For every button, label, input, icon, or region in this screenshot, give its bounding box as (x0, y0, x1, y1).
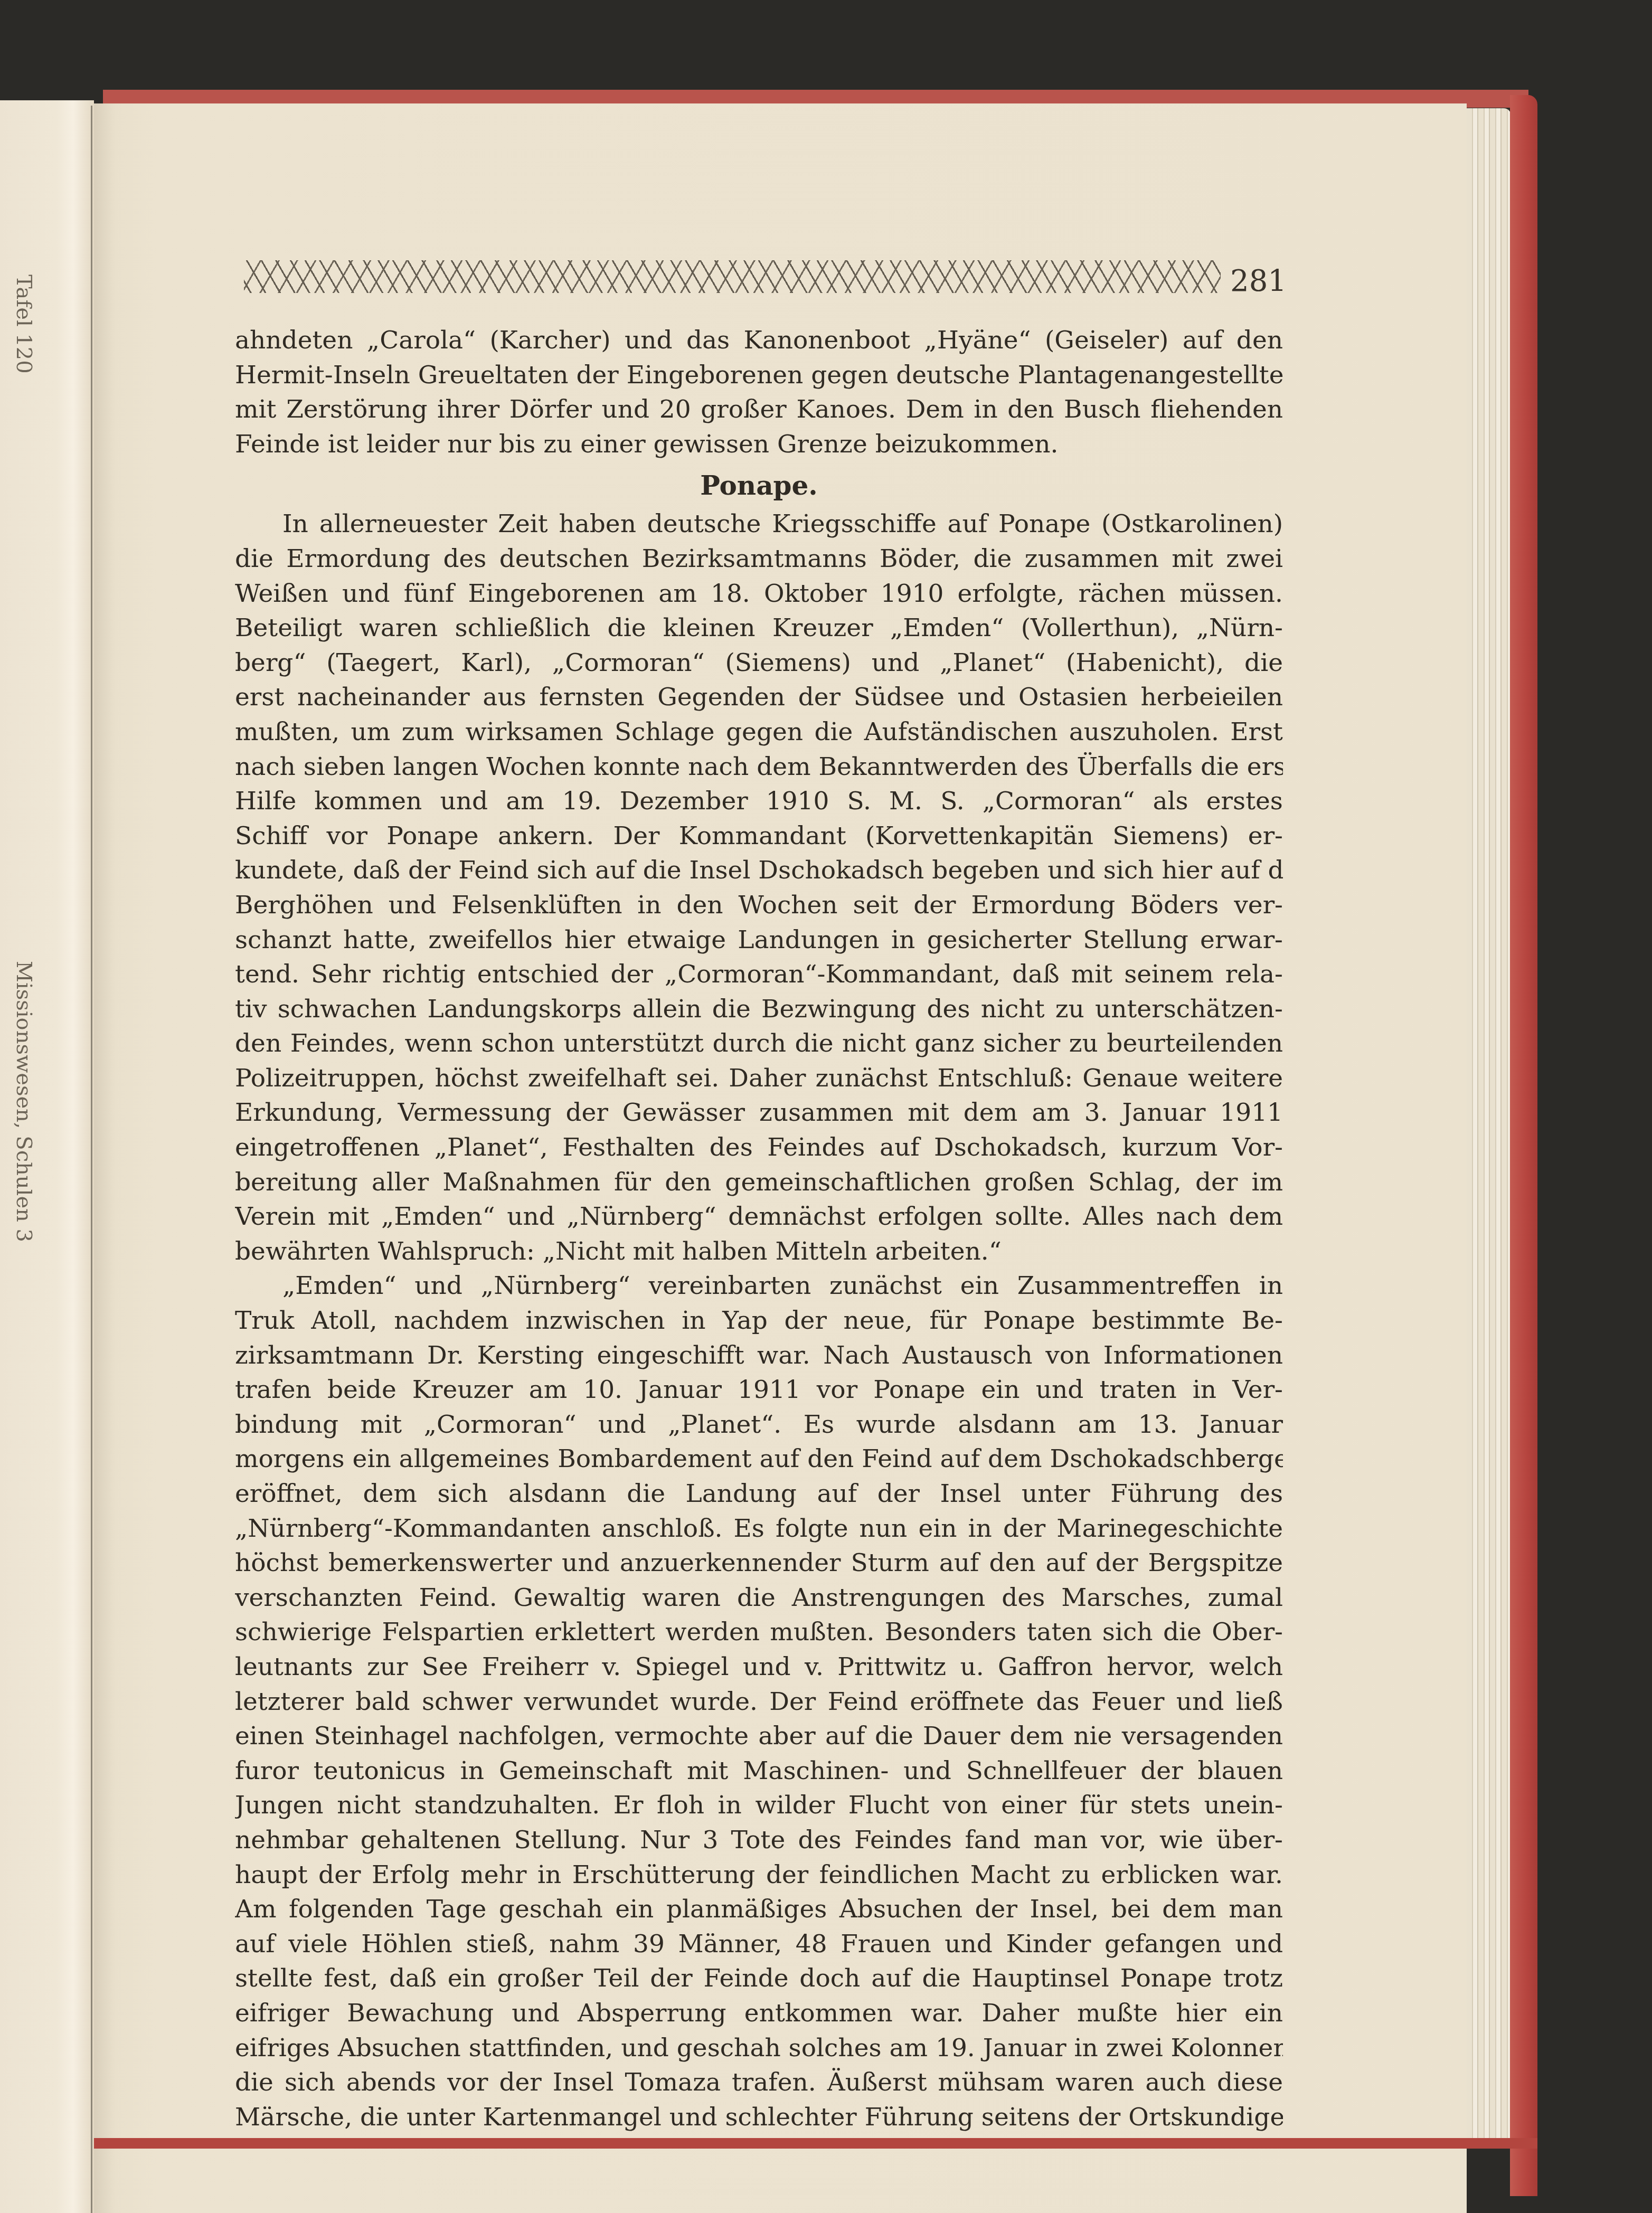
section-label: Missionswesen, Schulen 3 (12, 961, 36, 1242)
text-line: kundete, daß der Feind sich auf die Inse… (235, 853, 1283, 888)
section-heading: Ponape. (235, 465, 1283, 507)
text-line: Verein mit „Emden“ und „Nürnberg“ demnäc… (235, 1199, 1283, 1234)
text-line: Truk Atoll, nachdem inzwischen in Yap de… (235, 1303, 1283, 1338)
body-text: ahndeten „Carola“ (Karcher) und das Kano… (235, 323, 1283, 2134)
cloth-binding-bottom (94, 2138, 1537, 2149)
page-gutter (91, 106, 92, 2213)
text-line: „Nürnberg“-Kommandanten anschloß. Es fol… (235, 1511, 1283, 1546)
text-line: den Feindes, wenn schon unterstützt durc… (235, 1026, 1283, 1061)
ornament-header-band (244, 260, 1221, 293)
text-line: auf viele Höhlen stieß, nahm 39 Männer, … (235, 1927, 1283, 1962)
text-line: Schiff vor Ponape ankern. Der Kommandant… (235, 819, 1283, 854)
text-line: Berghöhen und Felsenklüften in den Woche… (235, 888, 1283, 923)
text-line: erst nacheinander aus fernsten Gegenden … (235, 680, 1283, 715)
text-line: Am folgenden Tage geschah ein planmäßige… (235, 1892, 1283, 1927)
text-line: mit Zerstörung ihrer Dörfer und 20 große… (235, 392, 1283, 427)
text-line: In allerneuester Zeit haben deutsche Kri… (235, 507, 1283, 542)
paragraph-2: „Emden“ und „Nürnberg“ vereinbarten zunä… (235, 1269, 1283, 2134)
text-line: eifriges Absuchen stattfinden, und gesch… (235, 2031, 1283, 2066)
text-line: verschanzten Feind. Gewaltig waren die A… (235, 1581, 1283, 1615)
text-line: Hilfe kommen und am 19. Dezember 1910 S.… (235, 784, 1283, 819)
text-line: stellte fest, daß ein großer Teil der Fe… (235, 1961, 1283, 1996)
text-line: morgens ein allgemeines Bombardement auf… (235, 1442, 1283, 1477)
text-line: Märsche, die unter Kartenmangel und schl… (235, 2100, 1283, 2135)
text-line: Hermit-Inseln Greueltaten der Eingeboren… (235, 358, 1283, 393)
text-line: die Ermordung des deutschen Bezirksamtma… (235, 542, 1283, 576)
text-line: eifriger Bewachung und Absperrung entkom… (235, 1996, 1283, 2031)
text-line: „Emden“ und „Nürnberg“ vereinbarten zunä… (235, 1269, 1283, 1303)
text-line: ahndeten „Carola“ (Karcher) und das Kano… (235, 323, 1283, 358)
text-line: Jungen nicht standzuhalten. Er floh in w… (235, 1788, 1283, 1823)
text-line: bewährten Wahlspruch: „Nicht mit halben … (235, 1234, 1283, 1269)
text-line: berg“ (Taegert, Karl), „Cormoran“ (Sieme… (235, 646, 1283, 680)
text-line: tend. Sehr richtig entschied der „Cormor… (235, 957, 1283, 992)
cloth-binding-edge (1510, 95, 1537, 2196)
text-line: einen Steinhagel nachfolgen, vermochte a… (235, 1719, 1283, 1754)
text-line: leutnants zur See Freiherr v. Spiegel un… (235, 1650, 1283, 1685)
text-line: schanzt hatte, zweifellos hier etwaige L… (235, 923, 1283, 958)
text-line: Erkundung, Vermessung der Gewässer zusam… (235, 1095, 1283, 1130)
text-line: Weißen und fünf Eingeborenen am 18. Okto… (235, 576, 1283, 611)
text-line: nach sieben langen Wochen konnte nach de… (235, 750, 1283, 784)
text-line: bindung mit „Cormoran“ und „Planet“. Es … (235, 1407, 1283, 1442)
paragraph-1: In allerneuester Zeit haben deutsche Kri… (235, 507, 1283, 1269)
text-line: schwierige Felspartien erklettert werden… (235, 1615, 1283, 1650)
page-block-edge (1467, 108, 1511, 2138)
text-line: Beteiligt waren schließlich die kleinen … (235, 611, 1283, 646)
text-line: nehmbar gehaltenen Stellung. Nur 3 Tote … (235, 1823, 1283, 1858)
plate-label: Tafel 120 (12, 275, 36, 374)
text-line: trafen beide Kreuzer am 10. Januar 1911 … (235, 1373, 1283, 1407)
text-line: eingetroffenen „Planet“, Festhalten des … (235, 1130, 1283, 1165)
text-line: tiv schwachen Landungskorps allein die B… (235, 992, 1283, 1027)
text-line: mußten, um zum wirksamen Schlage gegen d… (235, 715, 1283, 750)
intro-paragraph: ahndeten „Carola“ (Karcher) und das Kano… (235, 323, 1283, 461)
text-line: haupt der Erfolg mehr in Erschütterung d… (235, 1858, 1283, 1893)
text-line: bereitung aller Maßnahmen für den gemein… (235, 1165, 1283, 1200)
text-line: letzterer bald schwer verwundet wurde. D… (235, 1685, 1283, 1719)
text-line: furor teutonicus in Gemeinschaft mit Mas… (235, 1754, 1283, 1789)
text-line: die sich abends vor der Insel Tomaza tra… (235, 2065, 1283, 2100)
text-line: höchst bemerkenswerter und anzuerkennend… (235, 1546, 1283, 1581)
text-line: Polizeitruppen, höchst zweifelhaft sei. … (235, 1061, 1283, 1096)
text-line: eröffnet, dem sich alsdann die Landung a… (235, 1477, 1283, 1511)
text-line: zirksamtmann Dr. Kersting eingeschifft w… (235, 1338, 1283, 1373)
text-line: Feinde ist leider nur bis zu einer gewis… (235, 427, 1283, 462)
page-number: 281 (1230, 264, 1287, 298)
